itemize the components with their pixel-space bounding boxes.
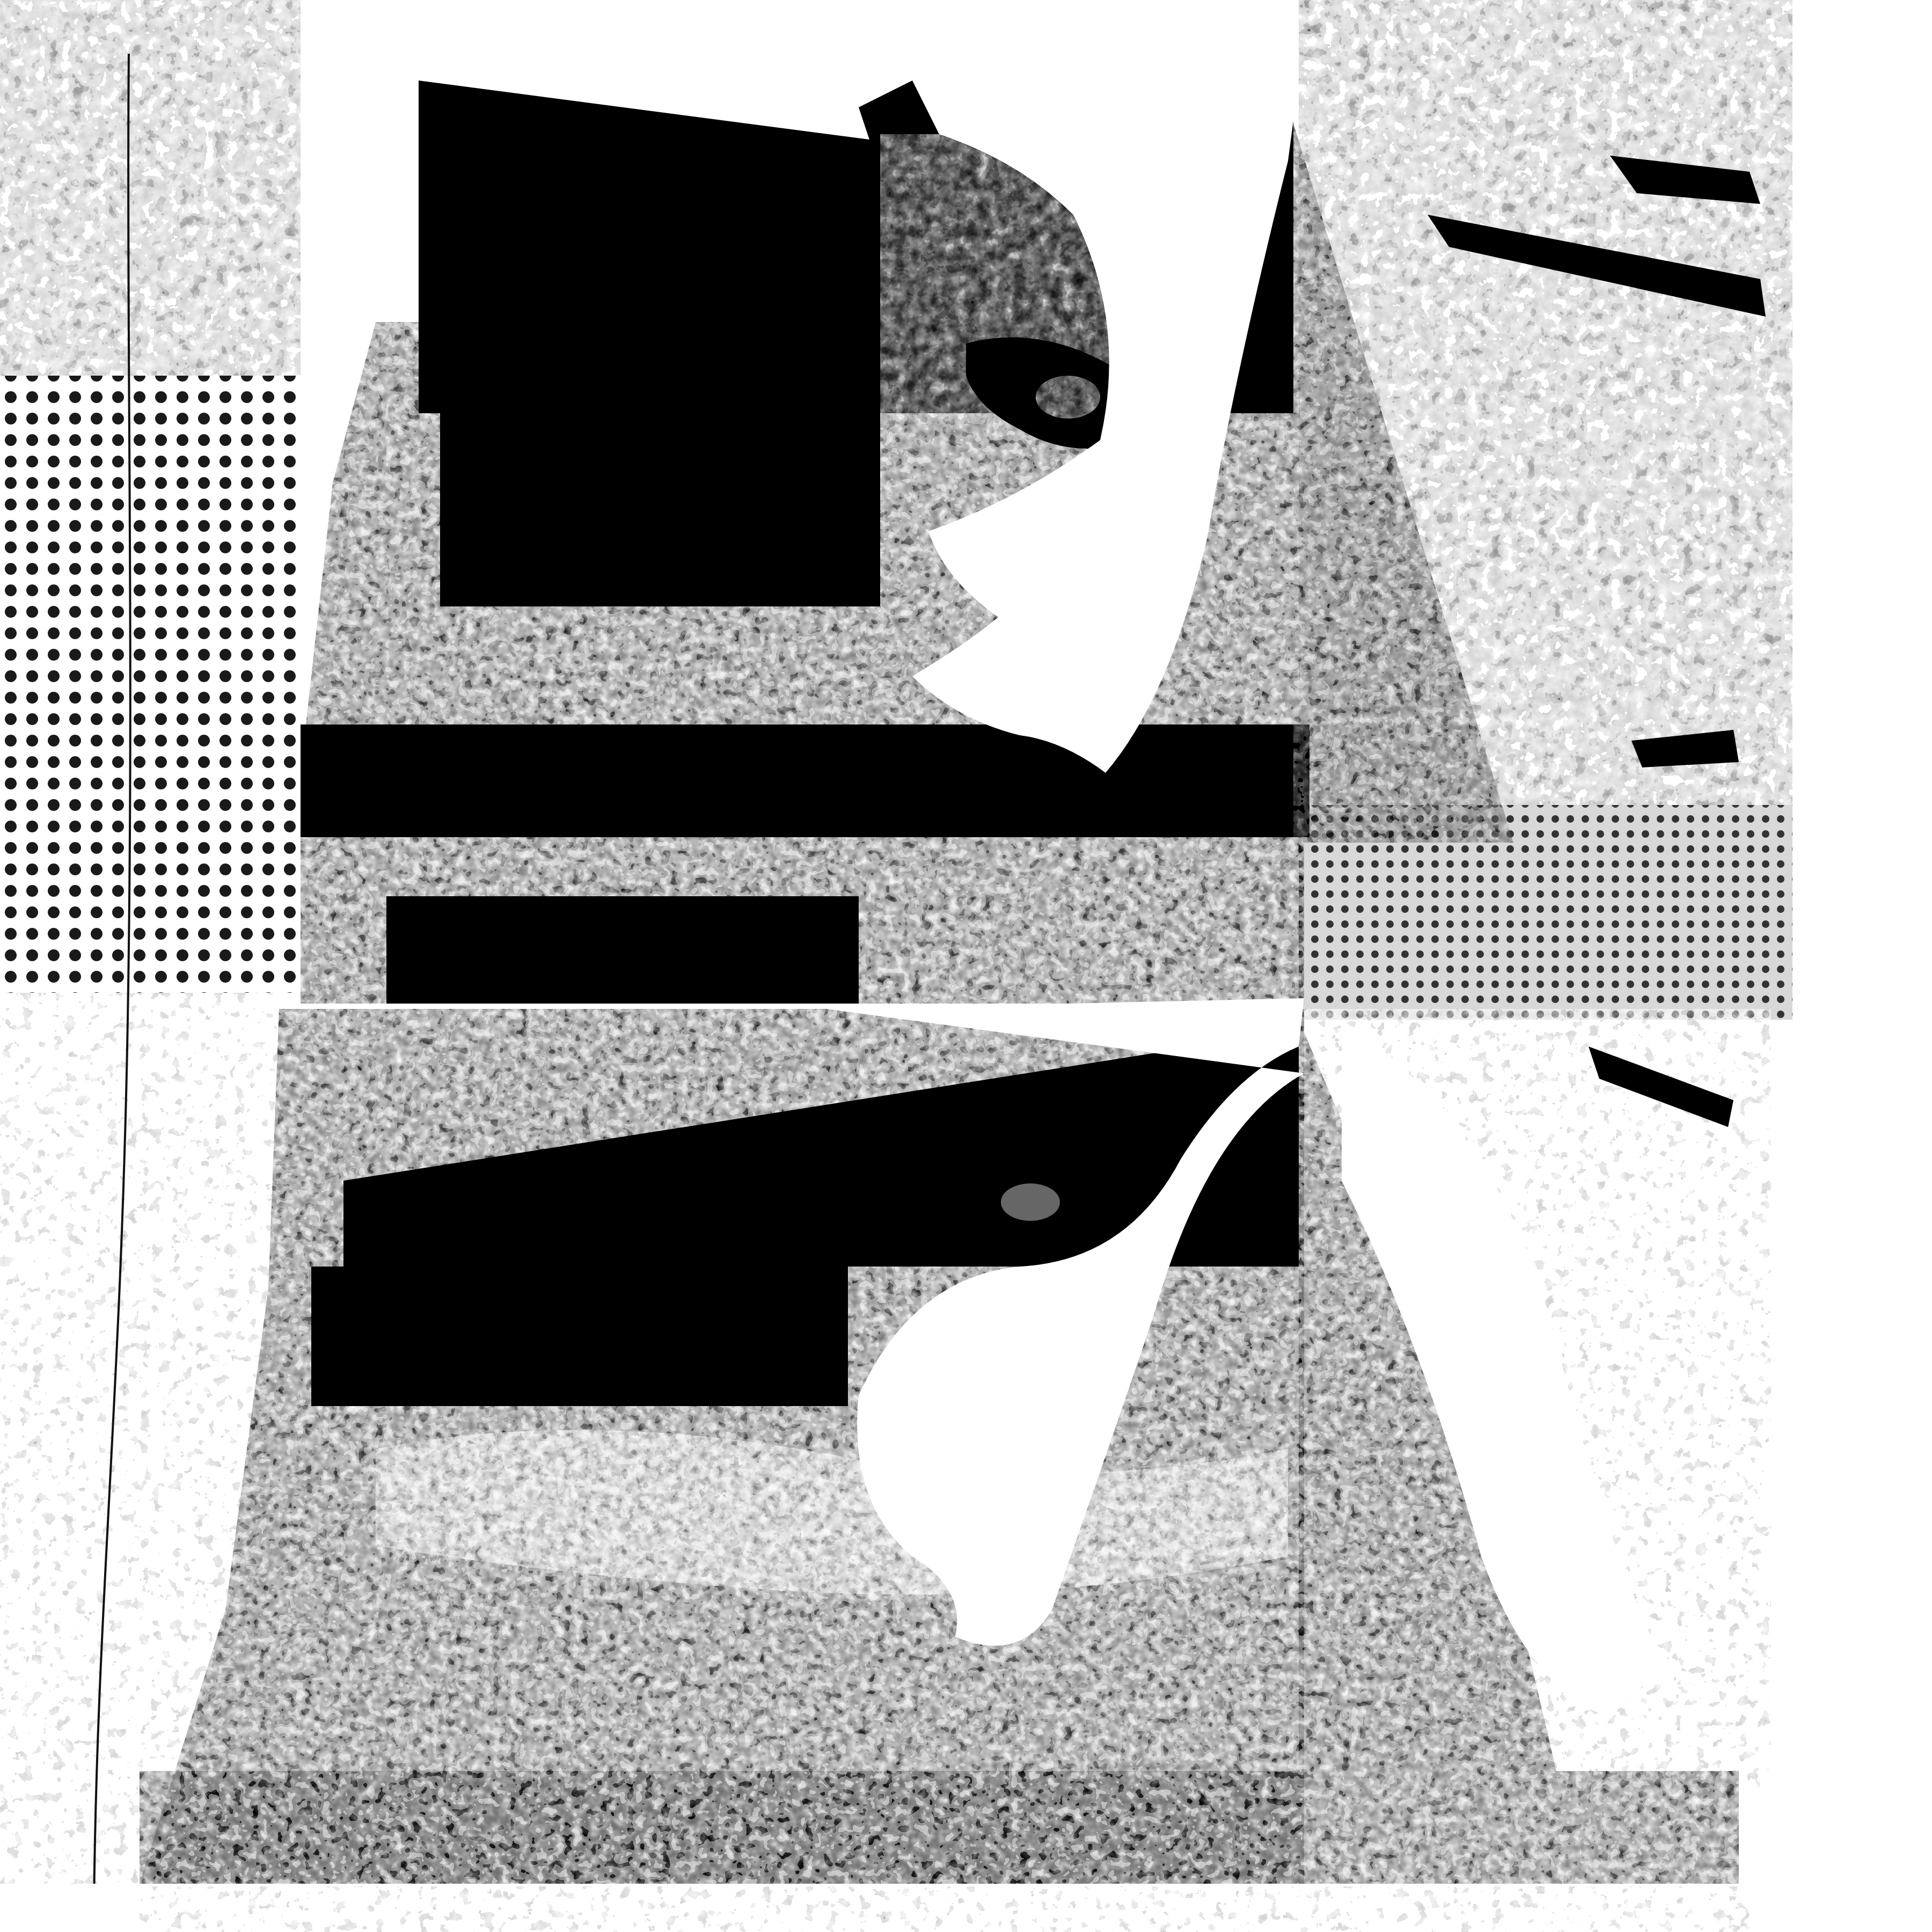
collage-artwork: Abstract halftone face collage xyxy=(0,0,1932,1932)
collage-canvas xyxy=(0,0,1932,1932)
middle-band xyxy=(301,843,1304,1004)
